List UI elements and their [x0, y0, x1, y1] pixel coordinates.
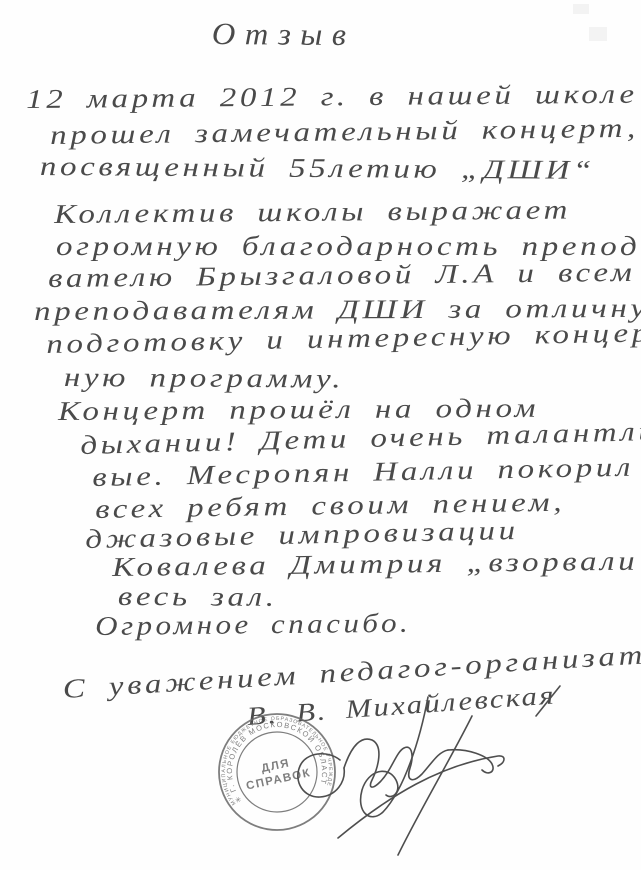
stamp-inner-ring — [230, 725, 325, 820]
handwritten-line: посвященный 55летию „ДШИ“ — [40, 151, 595, 186]
handwritten-line: прошел замечательный концерт, — [50, 113, 639, 151]
stamp-center-line2: СПРАВОК — [245, 767, 312, 792]
scan-artifact — [589, 27, 607, 41]
closing-thanks: Огромное спасибо. — [95, 608, 411, 642]
stamp-center-line1: ДЛЯ — [260, 757, 291, 775]
handwritten-line: Ковалева Дмитрия „взорвали — [112, 546, 638, 583]
handwritten-line: вателю Брызгаловой Л.А и всем — [48, 257, 636, 294]
handwritten-line: 12 марта 2012 г. в нашей школе — [26, 79, 638, 115]
document-title: Отзыв — [212, 16, 356, 53]
handwritten-line: ную программу. — [64, 362, 344, 394]
scanned-page: Отзыв 12 марта 2012 г. в нашей школе про… — [0, 0, 641, 870]
scan-artifact — [573, 4, 589, 14]
handwritten-line: Коллектив школы выражает — [54, 194, 571, 230]
handwritten-line: весь зал. — [118, 581, 278, 613]
